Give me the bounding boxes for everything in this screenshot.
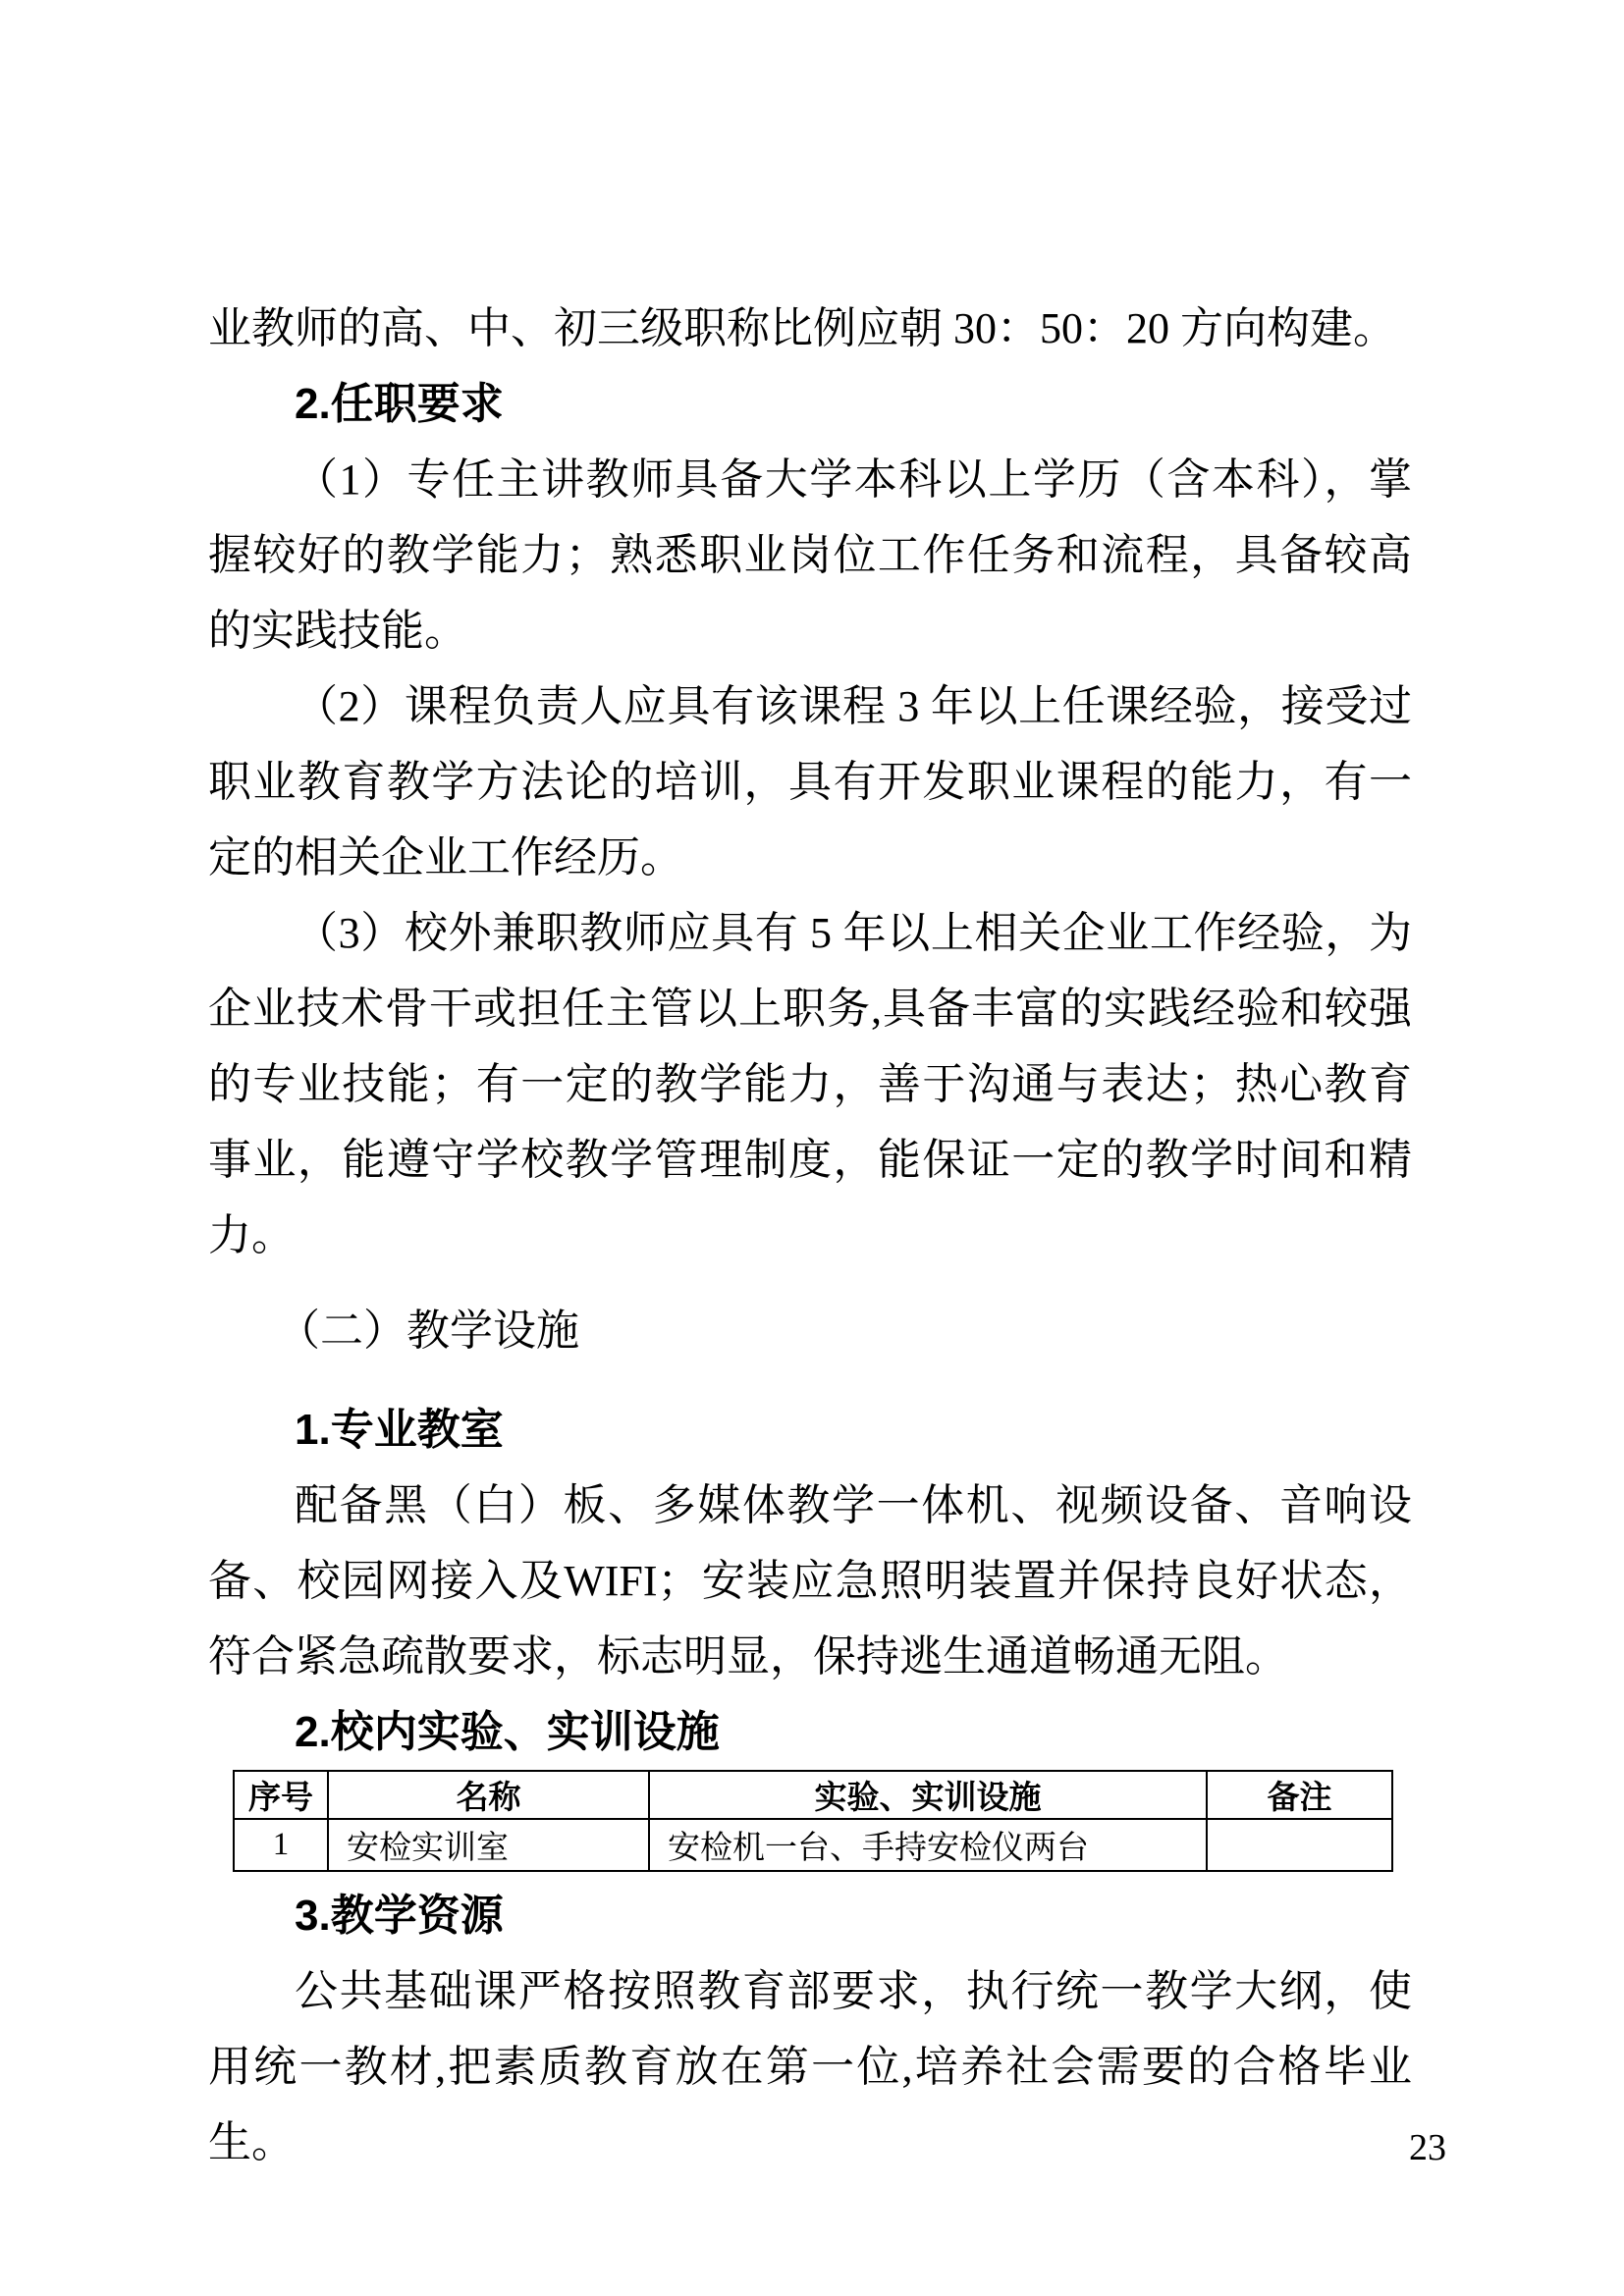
table-cell-serial: 1 bbox=[234, 1819, 328, 1871]
table-row: 1 安检实训室 安检机一台、手持安检仪两台 bbox=[234, 1819, 1392, 1871]
table-cell-equipment: 安检机一台、手持安检仪两台 bbox=[649, 1819, 1207, 1871]
heading-teaching-resources: 3.教学资源 bbox=[208, 1878, 1412, 1953]
heading-job-requirements: 2.任职要求 bbox=[208, 366, 1412, 442]
document-content: 业教师的高、中、初三级职称比例应朝 30：50：20 方向构建。 2.任职要求 … bbox=[208, 291, 1412, 2180]
table-header-row: 序号 名称 实验、实训设施 备注 bbox=[234, 1771, 1392, 1819]
document-page: 业教师的高、中、初三级职称比例应朝 30：50：20 方向构建。 2.任职要求 … bbox=[0, 0, 1624, 2296]
heading-professional-classroom: 1.专业教室 bbox=[208, 1392, 1412, 1468]
paragraph-item-1: （1）专任主讲教师具备大学本科以上学历（含本科），掌握较好的教学能力；熟悉职业岗… bbox=[208, 442, 1412, 668]
table-cell-remark bbox=[1207, 1819, 1392, 1871]
page-number: 23 bbox=[1409, 2128, 1446, 2167]
paragraph-item-3: （3）校外兼职教师应具有 5 年以上相关企业工作经验，为企业技术骨干或担任主管以… bbox=[208, 895, 1412, 1273]
table-header-remark: 备注 bbox=[1207, 1771, 1392, 1819]
heading-section-2-teaching-facilities: （二）教学设施 bbox=[208, 1293, 1412, 1368]
paragraph-classroom-equipment: 配备黑（白）板、多媒体教学一体机、视频设备、音响设备、校园网接入及WIFI；安装… bbox=[208, 1468, 1412, 1694]
paragraph-continuation: 业教师的高、中、初三级职称比例应朝 30：50：20 方向构建。 bbox=[208, 291, 1412, 366]
table-header-name: 名称 bbox=[328, 1771, 649, 1819]
table-cell-name: 安检实训室 bbox=[328, 1819, 649, 1871]
training-facilities-table: 序号 名称 实验、实训设施 备注 1 安检实训室 安检机一台、手持安检仪两台 bbox=[233, 1770, 1393, 1872]
paragraph-teaching-resources: 公共基础课严格按照教育部要求，执行统一教学大纲，使用统一教材,把素质教育放在第一… bbox=[208, 1953, 1412, 2180]
table-header-equipment: 实验、实训设施 bbox=[649, 1771, 1207, 1819]
table-header-serial: 序号 bbox=[234, 1771, 328, 1819]
paragraph-item-2: （2）课程负责人应具有该课程 3 年以上任课经验，接受过职业教育教学方法论的培训… bbox=[208, 668, 1412, 895]
heading-training-facilities: 2.校内实验、实训设施 bbox=[208, 1694, 1412, 1770]
